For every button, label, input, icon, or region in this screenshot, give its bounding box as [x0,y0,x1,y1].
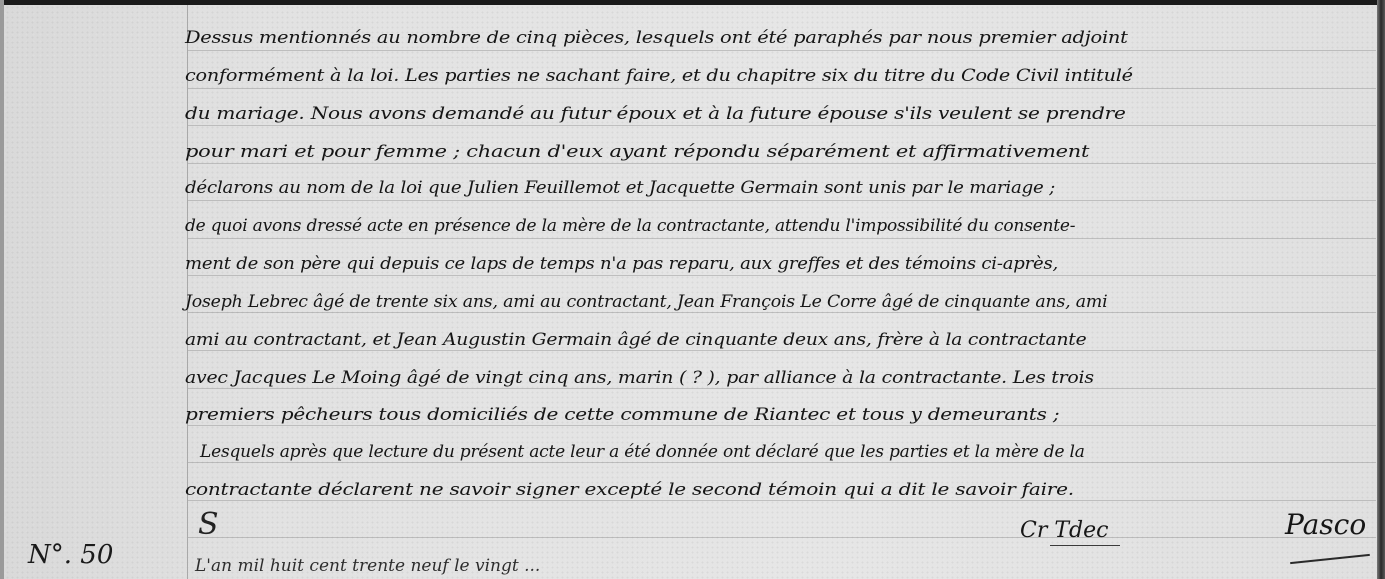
entry-number: N°. 50 [28,540,113,570]
text-line-6: de quoi avons dressé acte en présence de… [185,216,1075,236]
ruling-line [188,500,1376,501]
ruling-line [188,200,1376,201]
text-line-1: Dessus mentionnés au nombre de cinq pièc… [185,28,1128,48]
register-page: Dessus mentionnés au nombre de cinq pièc… [0,0,1385,579]
ruling-line [188,125,1376,126]
right-page-border [1377,0,1385,579]
text-line-10: avec Jacques Le Moing âgé de vingt cinq … [185,368,1094,388]
ruling-line [188,88,1376,89]
ruling-line [188,238,1376,239]
next-entry-start: L'an mil huit cent trente neuf le vingt … [195,556,540,576]
ruling-line [188,350,1376,351]
ruling-line [188,388,1376,389]
text-line-9: ami au contractant, et Jean Augustin Ger… [185,330,1086,350]
left-page-edge [0,0,4,579]
signature-flourish [1050,545,1120,546]
text-line-11: premiers pêcheurs tous domiciliés de cet… [185,405,1059,425]
text-line-12: Lesquels après que lecture du présent ac… [200,442,1085,462]
signature-flourish [1290,554,1370,564]
ruling-line [188,537,1376,538]
text-line-7: ment de son père qui depuis ce laps de t… [185,254,1058,274]
ruling-line [188,462,1376,463]
text-line-2: conformément à la loi. Les parties ne sa… [185,66,1133,86]
text-line-3: du mariage. Nous avons demandé au futur … [185,104,1126,124]
text-line-13: contractante déclarent ne savoir signer … [185,480,1074,500]
witness-signature: Cr Tdec [1020,518,1108,543]
paraph-mark: S [198,507,219,542]
ruling-line [188,312,1376,313]
officer-signature: Pasco [1285,508,1366,541]
text-line-5: déclarons au nom de la loi que Julien Fe… [185,178,1055,198]
text-line-4: pour mari et pour femme ; chacun d'eux a… [185,142,1089,162]
top-page-border [0,0,1385,5]
ruling-line [188,163,1376,164]
ruling-line [188,425,1376,426]
ruling-line [188,50,1376,51]
ruling-line [188,275,1376,276]
text-line-8: Joseph Lebrec âgé de trente six ans, ami… [185,292,1107,312]
